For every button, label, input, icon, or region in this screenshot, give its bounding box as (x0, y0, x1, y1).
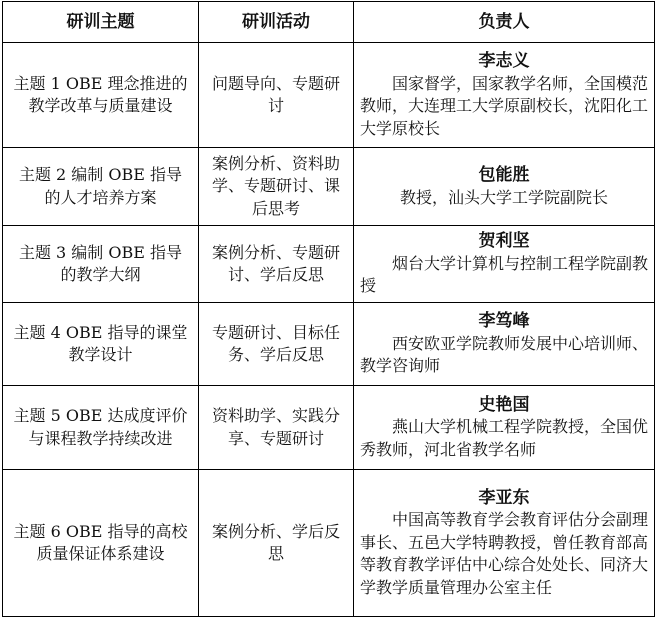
person-cell: 李亚东 中国高等教育学会教育评估分会副理事长、五邑大学特聘教授，曾任教育部高等教… (354, 470, 655, 617)
person-description: 中国高等教育学会教育评估分会副理事长、五邑大学特聘教授，曾任教育部高等教育教学评… (360, 509, 648, 599)
table-row: 主题 5 OBE 达成度评价与课程教学持续改进 资料助学、实践分享、专题研讨 史… (3, 386, 655, 470)
person-cell: 史艳国 燕山大学机械工程学院教授，全国优秀教师，河北省教学名师 (354, 386, 655, 470)
person-description: 教授，汕头大学工学院副院长 (360, 187, 648, 210)
table-row: 主题 4 OBE 指导的课堂教学设计 专题研讨、目标任务、学后反思 李笃峰 西安… (3, 303, 655, 386)
table-row: 主题 6 OBE 指导的高校质量保证体系建设 案例分析、学后反思 李亚东 中国高… (3, 470, 655, 617)
person-name: 贺利坚 (360, 230, 648, 253)
header-row: 研训主题 研训活动 负责人 (3, 2, 655, 43)
header-activity: 研训活动 (199, 2, 354, 43)
table-row: 主题 2 编制 OBE 指导的人才培养方案 案例分析、资料助学、专题研讨、课后思… (3, 148, 655, 226)
activity-cell: 案例分析、学后反思 (199, 470, 354, 617)
table-row: 主题 3 编制 OBE 指导的教学大纲 案例分析、专题研讨、学后反思 贺利坚 烟… (3, 226, 655, 303)
person-name: 李亚东 (360, 487, 648, 510)
person-description: 燕山大学机械工程学院教授，全国优秀教师，河北省教学名师 (360, 416, 648, 461)
person-cell: 李志义 国家督学，国家教学名师，全国模范教师，大连理工大学原副校长，沈阳化工大学… (354, 43, 655, 148)
topic-cell: 主题 3 编制 OBE 指导的教学大纲 (3, 226, 199, 303)
person-name: 李志义 (360, 50, 648, 73)
activity-cell: 问题导向、专题研讨 (199, 43, 354, 148)
person-name: 史艳国 (360, 394, 648, 417)
person-description: 烟台大学计算机与控制工程学院副教授 (360, 253, 648, 298)
topic-cell: 主题 5 OBE 达成度评价与课程教学持续改进 (3, 386, 199, 470)
activity-cell: 案例分析、资料助学、专题研讨、课后思考 (199, 148, 354, 226)
training-schedule-table: 研训主题 研训活动 负责人 主题 1 OBE 理念推进的教学改革与质量建设 问题… (2, 1, 655, 617)
person-cell: 贺利坚 烟台大学计算机与控制工程学院副教授 (354, 226, 655, 303)
person-description: 西安欧亚学院教师发展中心培训师、教学咨询师 (360, 333, 648, 378)
topic-cell: 主题 6 OBE 指导的高校质量保证体系建设 (3, 470, 199, 617)
person-cell: 李笃峰 西安欧亚学院教师发展中心培训师、教学咨询师 (354, 303, 655, 386)
topic-cell: 主题 1 OBE 理念推进的教学改革与质量建设 (3, 43, 199, 148)
activity-cell: 专题研讨、目标任务、学后反思 (199, 303, 354, 386)
person-cell: 包能胜 教授，汕头大学工学院副院长 (354, 148, 655, 226)
topic-cell: 主题 4 OBE 指导的课堂教学设计 (3, 303, 199, 386)
activity-cell: 资料助学、实践分享、专题研讨 (199, 386, 354, 470)
table-row: 主题 1 OBE 理念推进的教学改革与质量建设 问题导向、专题研讨 李志义 国家… (3, 43, 655, 148)
header-person: 负责人 (354, 2, 655, 43)
topic-cell: 主题 2 编制 OBE 指导的人才培养方案 (3, 148, 199, 226)
activity-cell: 案例分析、专题研讨、学后反思 (199, 226, 354, 303)
person-name: 李笃峰 (360, 310, 648, 333)
person-name: 包能胜 (360, 164, 648, 187)
header-topic: 研训主题 (3, 2, 199, 43)
person-description: 国家督学，国家教学名师，全国模范教师，大连理工大学原副校长，沈阳化工大学原校长 (360, 73, 648, 141)
